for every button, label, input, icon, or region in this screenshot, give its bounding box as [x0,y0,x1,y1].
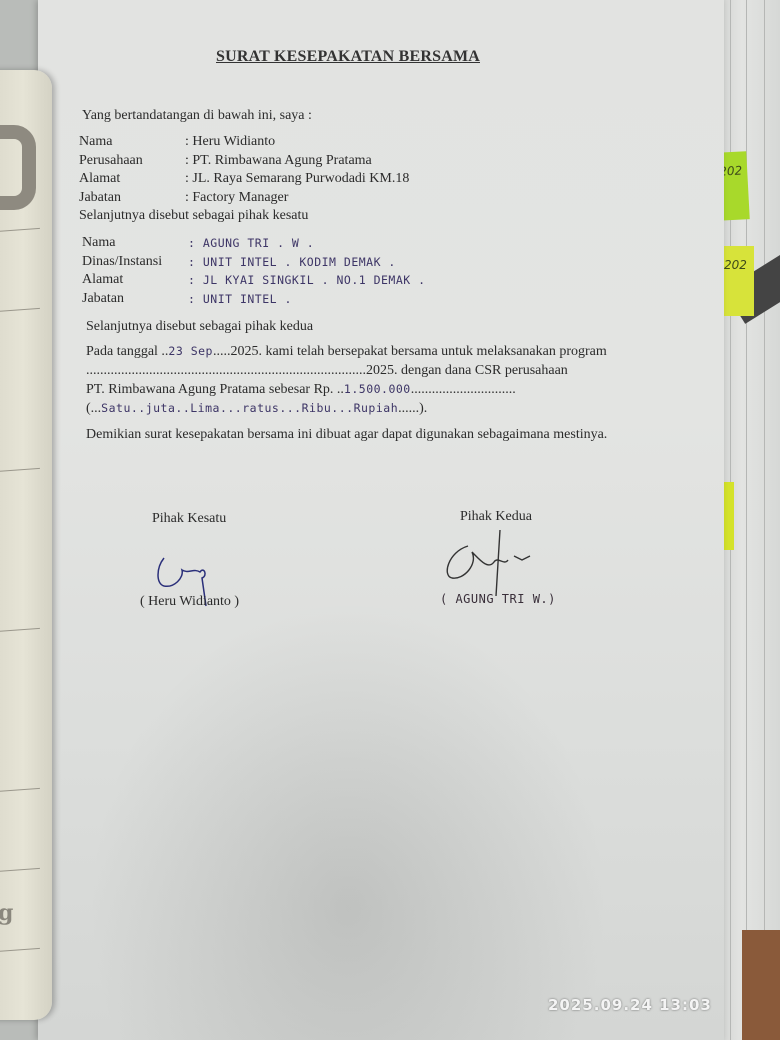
document-page: SURAT KESEPAKATAN BERSAMA Yang bertandat… [38,0,724,1040]
wood-surface [742,930,780,1040]
party1-name-row: Nama: Heru Widianto [79,133,409,152]
left-signature-label: Pihak Kesatu [152,511,226,527]
party1-address-row: Alamat: JL. Raya Semarang Purwodadi KM.1… [79,170,409,189]
party2-position-row: Jabatan: UNIT INTEL . [82,290,426,309]
party1-position-row: Jabatan: Factory Manager [79,189,409,208]
party2-fields: Nama: AGUNG TRI . W . Dinas/Instansi: UN… [82,234,426,308]
binder-text: ng [0,900,13,926]
party1-closing: Selanjutnya disebut sebagai pihak kesatu [79,207,409,226]
amount-words-handwritten: Satu..juta..Lima...ratus...Ribu...Rupiah [101,401,398,415]
right-signature-mark [438,526,548,602]
party2-address-row: Alamat: JL KYAI SINGKIL . NO.1 DEMAK . [82,271,426,290]
party2-closing: Selanjutnya disebut sebagai pihak kedua [86,317,646,336]
party2-name-row: Nama: AGUNG TRI . W . [82,234,426,253]
right-signature-label: Pihak Kedua [460,509,532,525]
agreement-paragraph: Pada tanggal ..23 Sep.....2025. kami tel… [86,342,646,418]
party2-agency-row: Dinas/Instansi: UNIT INTEL . KODIM DEMAK… [82,253,426,272]
photo-timestamp: 2025.09.24 13:03 [548,996,712,1014]
intro-text: Yang bertandatangan di bawah ini, saya : [82,108,312,124]
date-handwritten: 23 Sep [168,344,213,358]
amount-handwritten: 1.500.000 [344,382,411,396]
left-binder: ng [0,70,52,1020]
party1-fields: Nama: Heru Widianto Perusahaan: PT. Rimb… [79,133,409,226]
sticky-tab-yellow: 202 [720,246,754,316]
right-signature-name: ( AGUNG TRI W.) [440,592,556,606]
party1-company-row: Perusahaan: PT. Rimbawana Agung Pratama [79,152,409,171]
document-title: SURAT KESEPAKATAN BERSAMA [216,48,480,66]
left-signature-name: ( Heru Widianto ) [140,594,239,610]
closing-statement: Demikian surat kesepakatan bersama ini d… [86,425,666,444]
